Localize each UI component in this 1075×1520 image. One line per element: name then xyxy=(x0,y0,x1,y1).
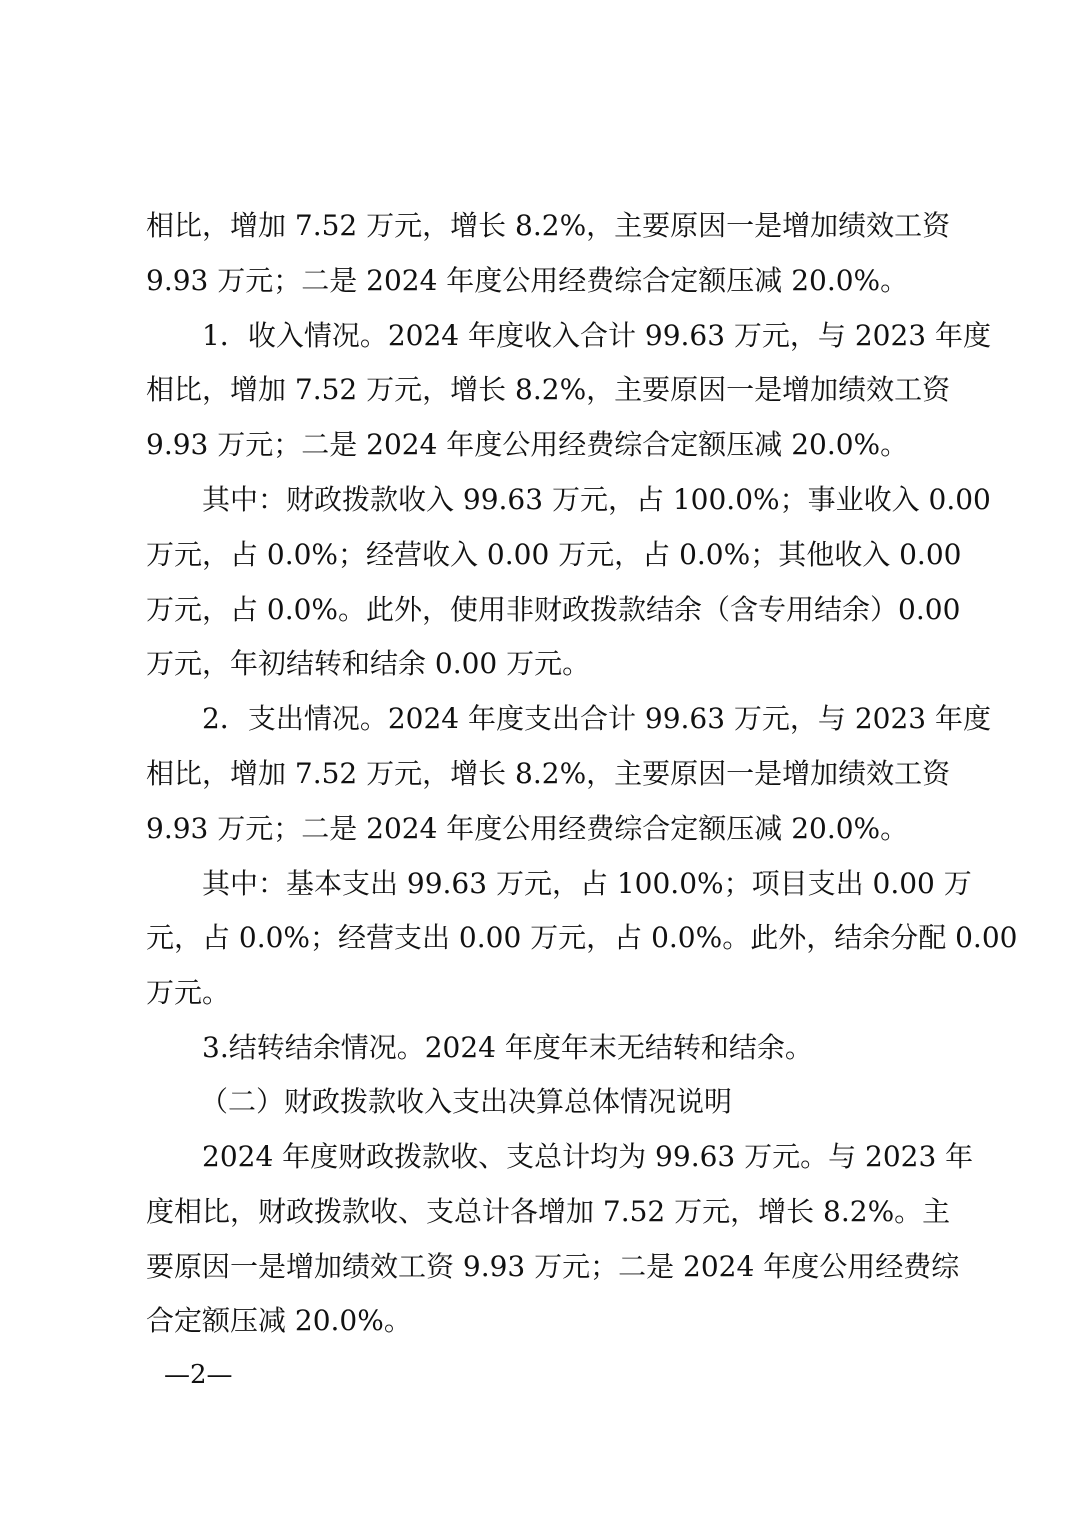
paragraph-line: 9.93 万元；二是 2024 年度公用经费综合定额压减 20.0%。 xyxy=(146,815,942,843)
paragraph-line: 元，占 0.0%；经营支出 0.00 万元，占 0.0%。此外，结余分配 0.0… xyxy=(146,924,942,952)
paragraph-line: 9.93 万元；二是 2024 年度公用经费综合定额压减 20.0%。 xyxy=(146,431,942,459)
paragraph-line: 相比，增加 7.52 万元，增长 8.2%，主要原因一是增加绩效工资 xyxy=(146,212,942,240)
paragraph-line: 相比，增加 7.52 万元，增长 8.2%，主要原因一是增加绩效工资 xyxy=(146,376,942,404)
paragraph-line: 相比，增加 7.52 万元，增长 8.2%，主要原因一是增加绩效工资 xyxy=(146,760,942,788)
paragraph-line: 要原因一是增加绩效工资 9.93 万元；二是 2024 年度公用经费综 xyxy=(146,1253,942,1281)
paragraph-line: 合定额压减 20.0%。 xyxy=(146,1307,942,1335)
section-carryover-line: 3.结转结余情况。2024 年度年末无结转和结余。 xyxy=(202,1034,942,1062)
paragraph-line: 万元，占 0.0%。此外，使用非财政拨款结余（含专用结余）0.00 xyxy=(146,596,942,624)
paragraph-line: 万元。 xyxy=(146,979,942,1007)
paragraph-line: 万元，年初结转和结余 0.00 万元。 xyxy=(146,650,942,678)
paragraph-line: 万元，占 0.0%；经营收入 0.00 万元，占 0.0%；其他收入 0.00 xyxy=(146,541,942,569)
section-expense-line: 2．支出情况。2024 年度支出合计 99.63 万元，与 2023 年度 xyxy=(202,705,942,733)
section-heading: （二）财政拨款收入支出决算总体情况说明 xyxy=(200,1088,732,1116)
section-income-line: 1．收入情况。2024 年度收入合计 99.63 万元，与 2023 年度 xyxy=(202,322,942,350)
paragraph-line: 其中：财政拨款收入 99.63 万元，占 100.0%；事业收入 0.00 xyxy=(202,486,942,514)
paragraph-line: 度相比，财政拨款收、支总计各增加 7.52 万元，增长 8.2%。主 xyxy=(146,1198,942,1226)
paragraph-line: 其中：基本支出 99.63 万元，占 100.0%；项目支出 0.00 万 xyxy=(202,870,942,898)
paragraph-line: 9.93 万元；二是 2024 年度公用经费综合定额压减 20.0%。 xyxy=(146,267,942,295)
page-number: —2— xyxy=(164,1362,233,1388)
paragraph-line: 2024 年度财政拨款收、支总计均为 99.63 万元。与 2023 年 xyxy=(202,1143,942,1171)
